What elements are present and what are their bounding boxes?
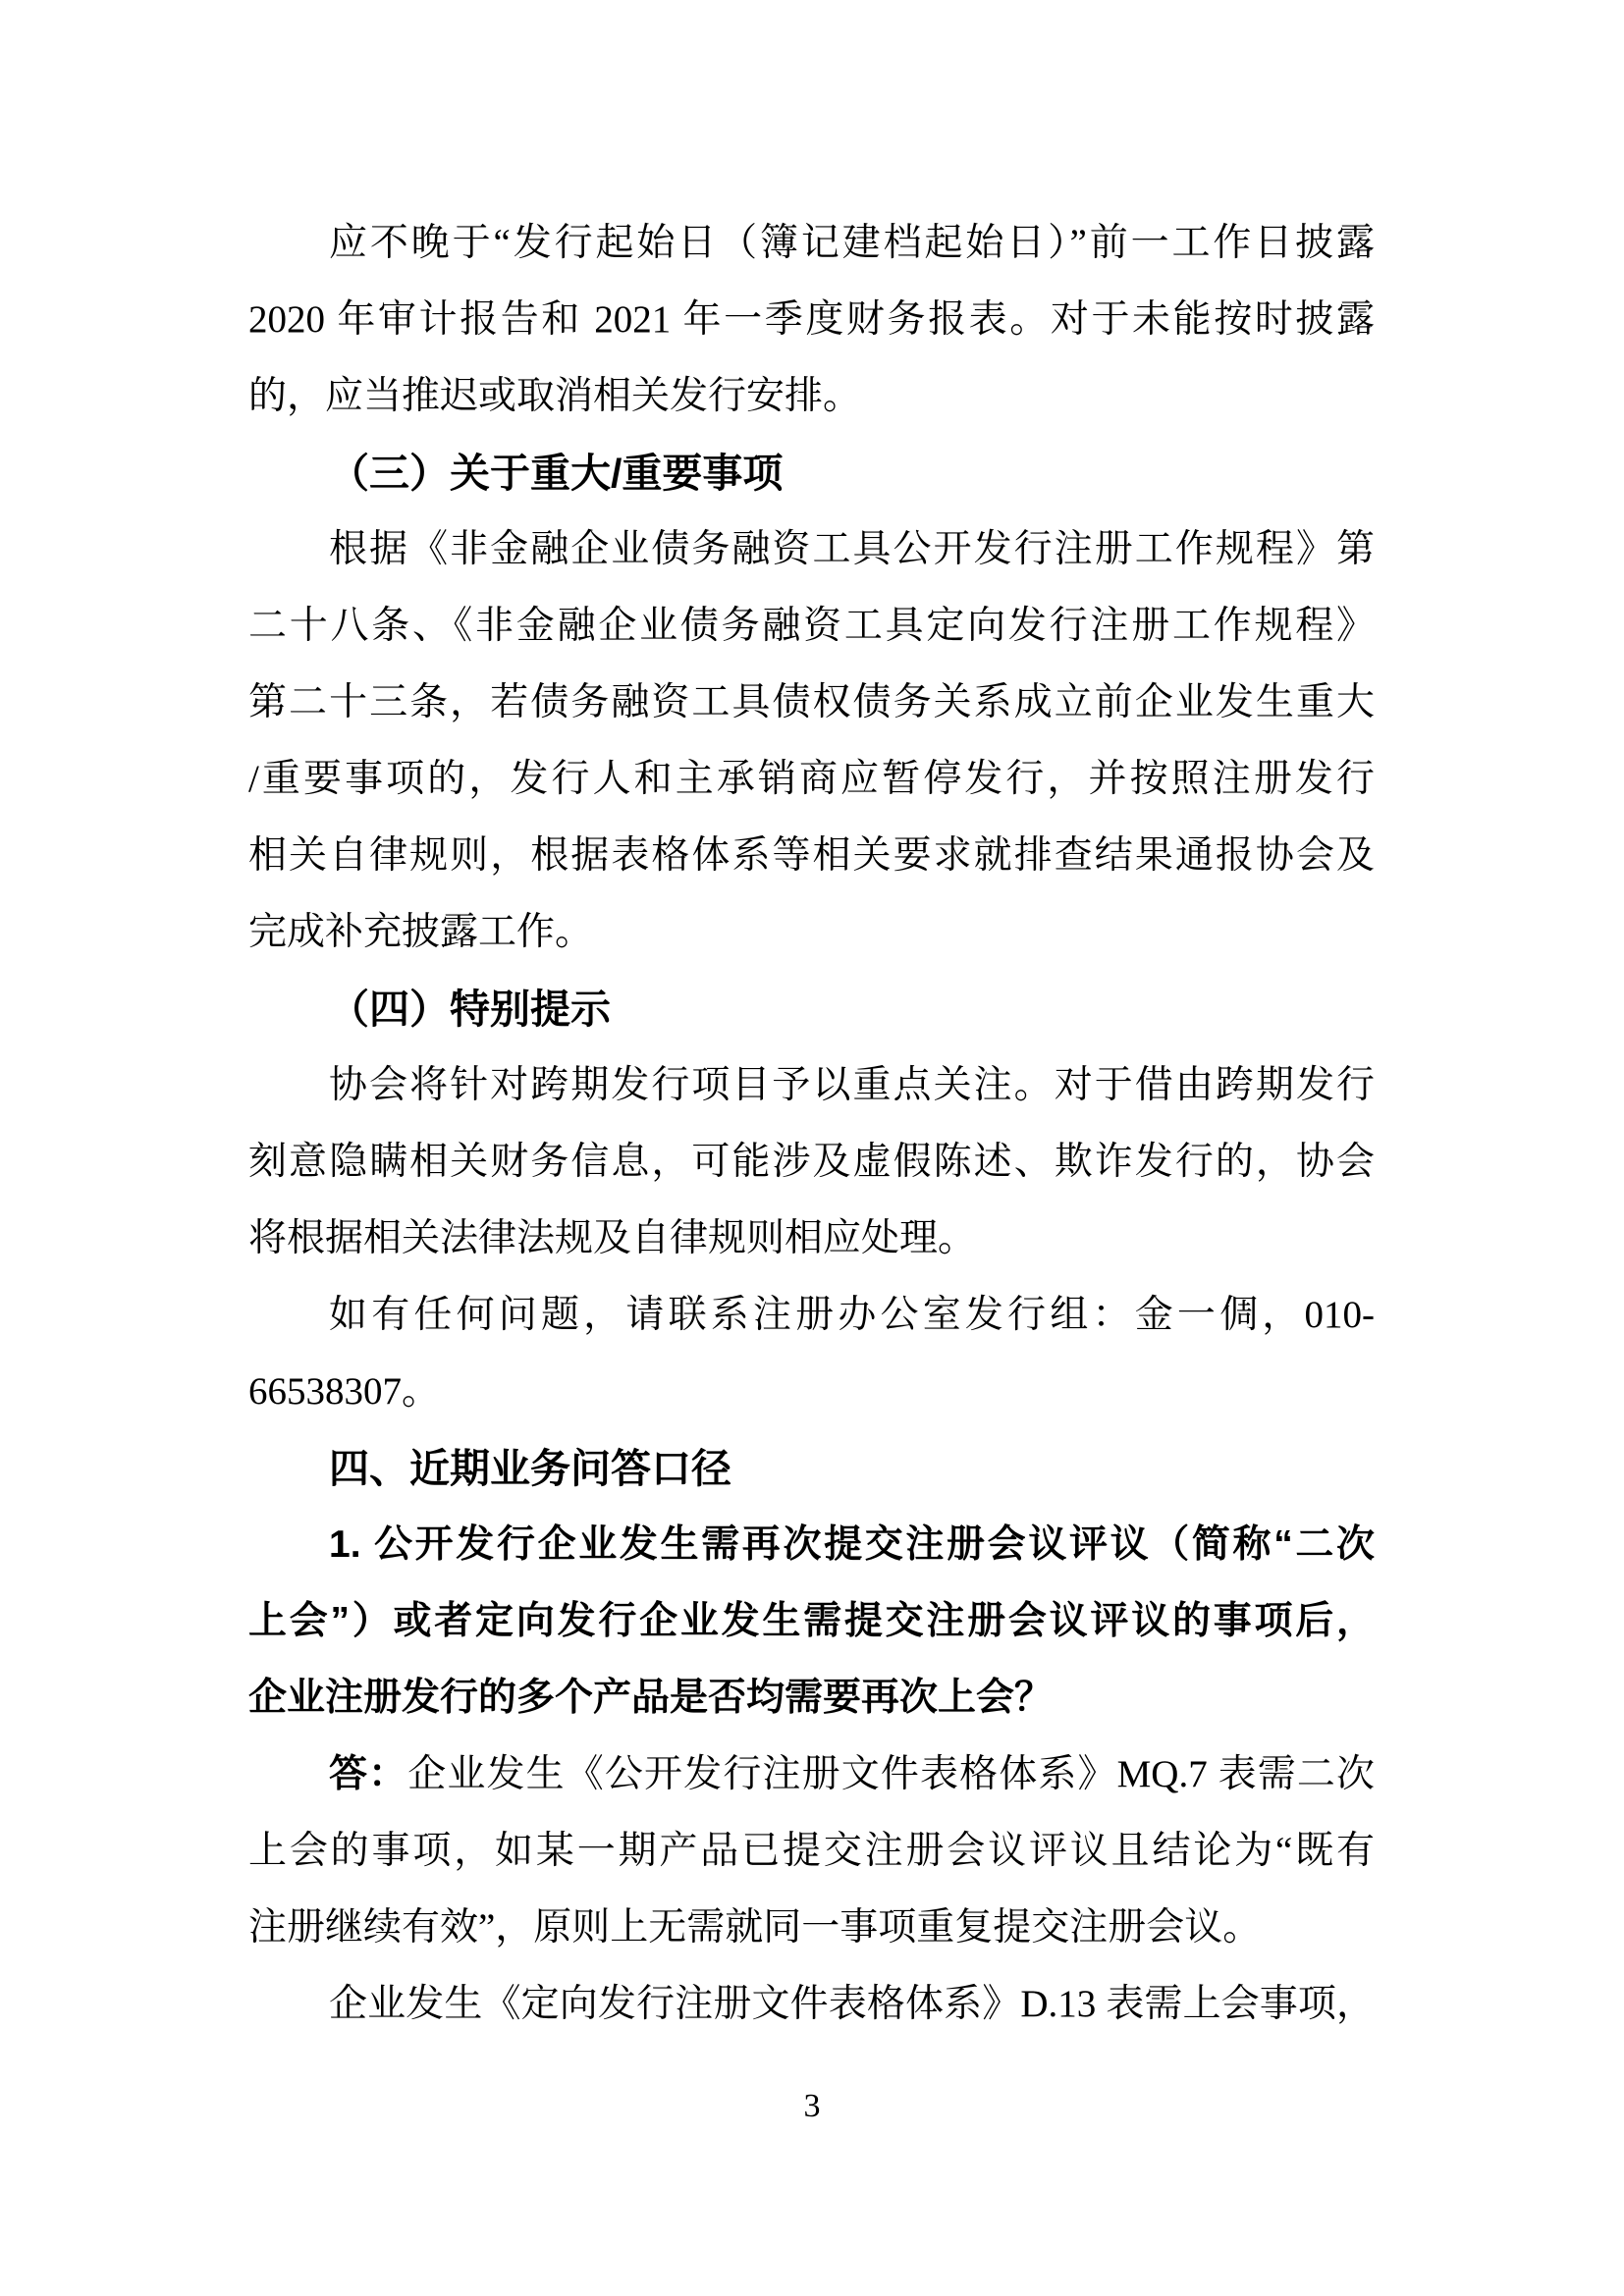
answer-line: 答：企业发生《公开发行注册文件表格体系》MQ.7 表需二次 [248,1736,1375,1813]
document-page: 应不晚于“发行起始日（簿记建档起始日）”前一工作日披露 2020 年审计报告和 … [0,0,1624,2296]
answer-line: 上会的事项，如某一期产品已提交注册会议评议且结论为“既有 [248,1813,1375,1890]
body-line: 二十八条、《非金融企业债务融资工具定向发行注册工作规程》 [248,588,1375,665]
body-line: 完成补充披露工作。 [248,894,1375,971]
body-line: 第二十三条，若债务融资工具债权债务关系成立前企业发生重大 [248,665,1375,741]
body-line: 66538307。 [248,1354,1375,1430]
body-line: 的，应当推迟或取消相关发行安排。 [248,358,1375,435]
page-number: 3 [804,2088,821,2124]
answer-text: 企业发生《公开发行注册文件表格体系》MQ.7 表需二次 [407,1753,1375,1795]
body-line: 企业发生《定向发行注册文件表格体系》D.13 表需上会事项， [248,1966,1375,2043]
body-line: 相关自律规则，根据表格体系等相关要求就排查结果通报协会及 [248,818,1375,894]
body-line: 2020 年审计报告和 2021 年一季度财务报表。对于未能按时披露 [248,282,1375,358]
page-footer: 3 [0,2087,1624,2126]
question-line: 1. 公开发行企业发生需再次提交注册会议评议（简称“二次 [248,1507,1375,1583]
body-line: 根据《非金融企业债务融资工具公开发行注册工作规程》第 [248,511,1375,588]
question-line: 上会”）或者定向发行企业发生需提交注册会议评议的事项后， [248,1583,1375,1660]
heading-line: （三）关于重大/重要事项 [248,435,1375,511]
answer-prefix: 答： [329,1753,407,1795]
answer-line: 注册继续有效”，原则上无需就同一事项重复提交注册会议。 [248,1890,1375,1966]
heading-line: （四）特别提示 [248,971,1375,1047]
heading-line: 四、近期业务问答口径 [248,1430,1375,1507]
body-line: /重要事项的，发行人和主承销商应暂停发行，并按照注册发行 [248,741,1375,818]
document-body: 应不晚于“发行起始日（簿记建档起始日）”前一工作日披露 2020 年审计报告和 … [248,205,1375,2043]
body-line: 协会将针对跨期发行项目予以重点关注。对于借由跨期发行 [248,1047,1375,1124]
body-line: 刻意隐瞒相关财务信息，可能涉及虚假陈述、欺诈发行的，协会 [248,1124,1375,1201]
body-line: 应不晚于“发行起始日（簿记建档起始日）”前一工作日披露 [248,205,1375,282]
question-line: 企业注册发行的多个产品是否均需要再次上会？ [248,1660,1375,1736]
body-line: 将根据相关法律法规及自律规则相应处理。 [248,1201,1375,1277]
body-line: 如有任何问题，请联系注册办公室发行组：金一倜，010- [248,1277,1375,1354]
